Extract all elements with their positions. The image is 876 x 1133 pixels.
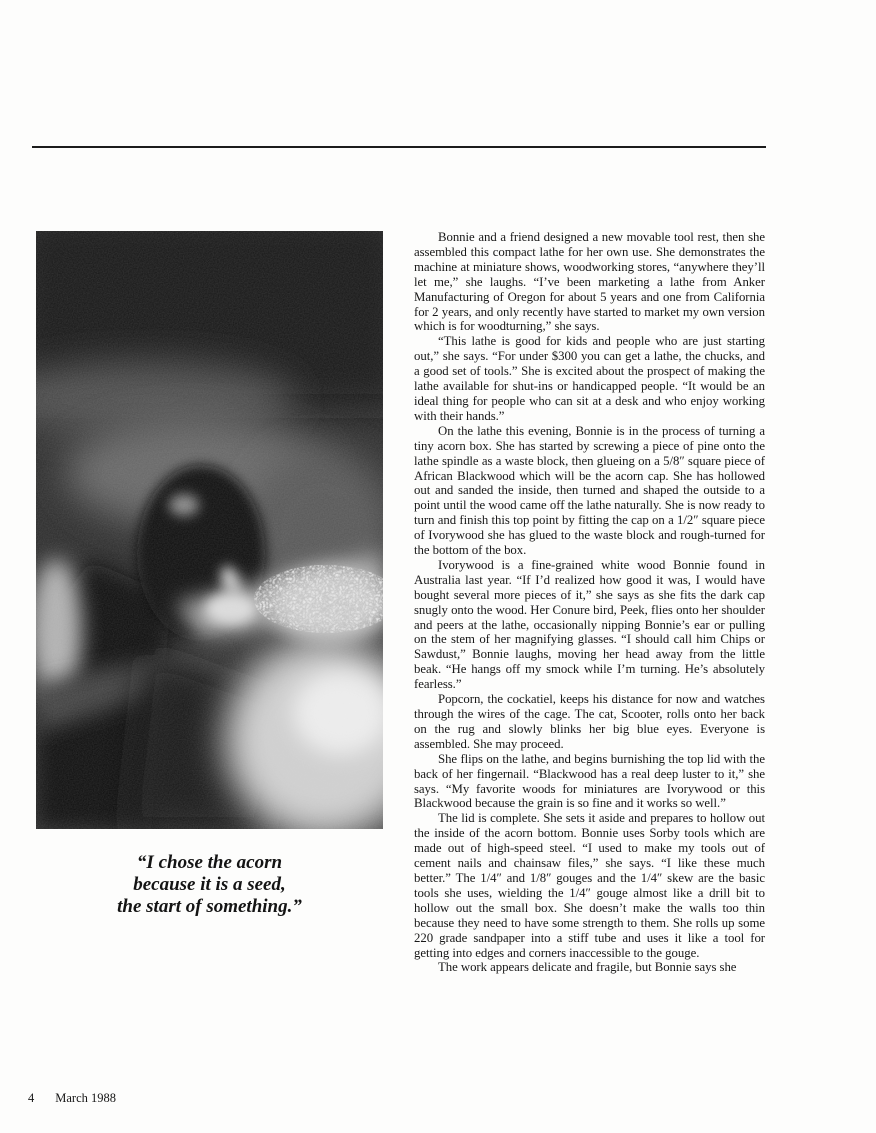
lathe-photo-graphic: [36, 231, 383, 829]
article-paragraph-7: The lid is complete. She sets it aside a…: [414, 811, 765, 960]
pull-quote: “I chose the acorn because it is a seed,…: [36, 852, 383, 918]
article-paragraph-6: She flips on the lathe, and begins burni…: [414, 752, 765, 812]
pull-quote-line-3: the start of something.”: [36, 896, 383, 918]
article-paragraph-3: On the lathe this evening, Bonnie is in …: [414, 424, 765, 558]
article-paragraph-8: The work appears delicate and fragile, b…: [414, 960, 765, 975]
lathe-photo: [36, 231, 383, 829]
magazine-page: “I chose the acorn because it is a seed,…: [0, 0, 876, 1133]
article-text-column: Bonnie and a friend designed a new movab…: [414, 230, 765, 975]
pull-quote-line-2: because it is a seed,: [36, 874, 383, 896]
article-paragraph-2: “This lathe is good for kids and people …: [414, 334, 765, 423]
article-paragraph-5: Popcorn, the cockatiel, keeps his distan…: [414, 692, 765, 752]
page-number: 4: [28, 1091, 34, 1105]
page-footer: 4March 1988: [28, 1091, 116, 1106]
article-paragraph-4: Ivorywood is a fine-grained white wood B…: [414, 558, 765, 692]
issue-date: March 1988: [55, 1091, 116, 1105]
pull-quote-line-1: “I chose the acorn: [36, 852, 383, 874]
article-paragraph-1: Bonnie and a friend designed a new movab…: [414, 230, 765, 334]
top-rule-divider: [32, 146, 766, 148]
